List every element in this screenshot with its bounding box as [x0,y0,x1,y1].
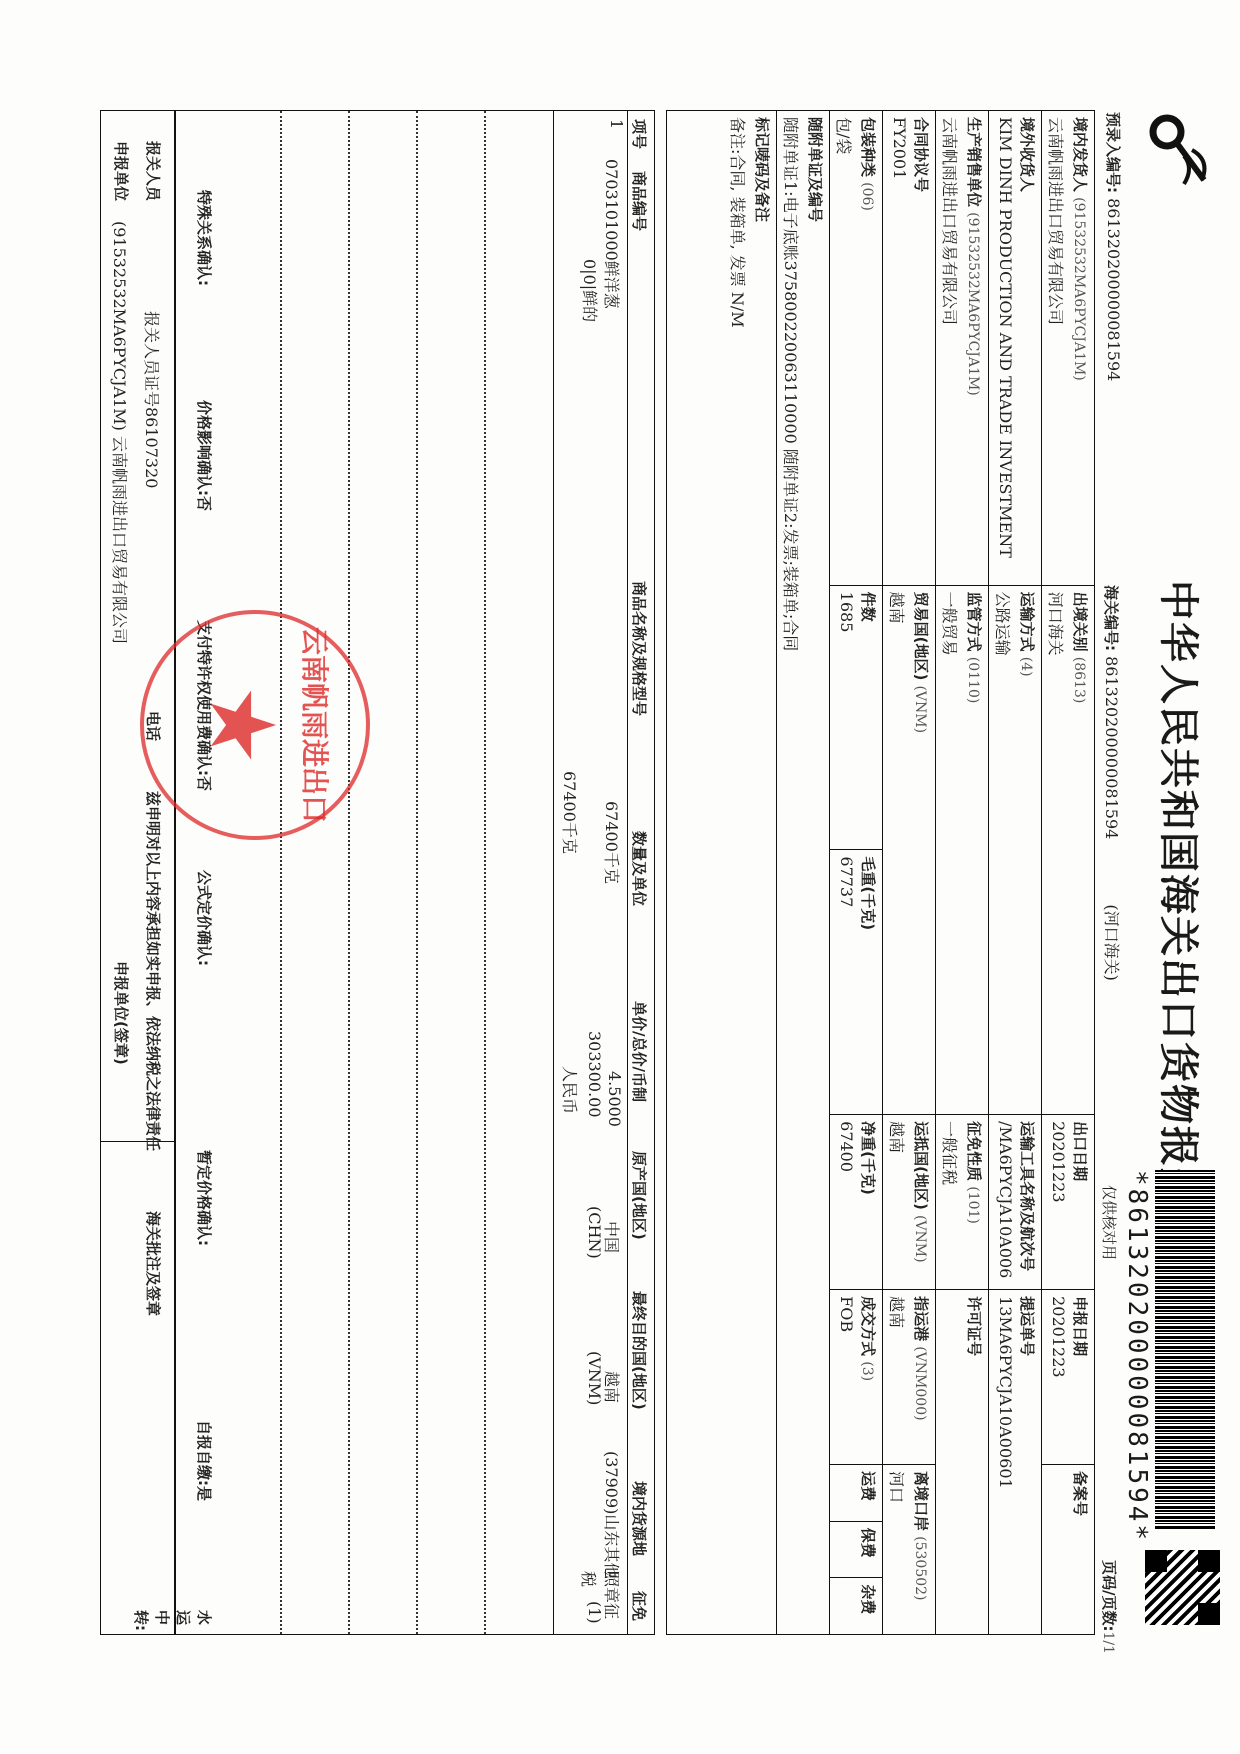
provisional-price-confirm: 暂定价格确认: [194,1150,215,1246]
formula-price-confirm: 公式定价确认: [194,870,215,966]
col-tax-mode: 征免 [629,1591,650,1621]
field-freight: 运费 [830,1465,882,1521]
field-trade-country: 贸易国(地区) (VNM)越南 [883,585,936,1114]
self-pay-confirm: 自报自缴:是 [194,1420,215,1501]
goods-row-divider [416,111,418,1634]
legal-statement: 兹申明对以上内容承担如实申报、依法纳税之法律责任 [143,791,164,1151]
declarer-label: 报关人员 [143,141,164,201]
field-misc-fee: 杂费 [830,1577,882,1634]
field-record-no: 备案号 [1042,1465,1095,1635]
page-indicator: 页码/页数:1/1 [1099,1560,1120,1654]
field-tax-nature: 征免性质 (101)一般征税 [936,1115,989,1290]
preentry-number: 预录入编号: 861320200000081594 [1103,112,1124,381]
col-name-spec: 商品名称及规格型号 [629,581,650,716]
col-final-dest: 最终目的国(地区) [629,1291,650,1410]
col-quantity: 数量及单位 [629,831,650,906]
col-hs-code: 商品编号 [629,171,650,231]
field-producer: 生产销售单位 (91532532MA6PYCJA1M)云南帆雨进出口贸易有限公司 [936,111,989,586]
barcode [1155,1170,1215,1530]
field-deal-mode: 成交方式 (3)FOB [830,1290,883,1465]
field-overseas-consignee: 境外收货人KIM DINH PRODUCTION AND TRADE INVES… [989,111,1042,586]
field-declare-date: 申报日期20201223 [1042,1290,1095,1465]
col-price: 单价/总价/币制 [629,1001,650,1102]
company-seal-stamp: 云南帆雨进出口 ★ [140,610,370,840]
field-gross-weight: 毛重(千克)67737 [830,850,883,1115]
col-item-no: 项号 [629,119,650,149]
price-influence-confirm: 价格影响确认:否 [194,400,215,511]
field-contract-no: 合同协议号FY2001 [883,111,936,586]
field-exit-customs: 出境关别 (8613)河口海关 [1042,585,1095,1114]
field-dest-port: 指运港 (VNM000)越南 [883,1290,936,1465]
goods-row: 1 0703101000鲜洋葱 0|0|鲜的 67400千克 67400千克 4… [554,111,626,1634]
goods-table: 项号 商品编号 商品名称及规格型号 数量及单位 单价/总价/币制 原产国(地区)… [175,110,655,1635]
qr-code-icon [1145,1550,1220,1625]
field-marks-remarks: 标记唛码及备注备注:合同, 装箱单, 发票 N/M [667,111,777,1635]
customs-emblem-icon [1142,110,1212,190]
goods-row-divider [484,111,486,1634]
customs-approval: 海关批注及签章 [143,1211,164,1316]
field-attached-docs: 随附单证及编号随附单证1:电子底账375800220063110000 随附单证… [777,111,830,1635]
field-exit-port: 离境口岸 (530502)河口 [883,1465,936,1635]
footer: 报关人员 报关人员证号86107320 电话 兹申明对以上内容承担如实申报、依法… [100,110,175,1635]
field-transport-mode: 运输方式 (4)公路运输 [989,585,1042,1114]
field-domestic-shipper: 境内发货人 (91532532MA6PYCJA1M)云南帆雨进出口贸易有限公司 [1042,111,1095,586]
field-vehicle-voyage: 运输工具名称及航次号/MA6PYCJA10A006 [989,1115,1042,1290]
barcode-text: *861320200000081594* [1122,1170,1152,1543]
confirmations-row: 特殊关系确认: 价格影响确认:否 支付特许权使用费确认:否 公式定价确认: 暂定… [175,110,235,1635]
field-bill-no: 提运单号13MA6PYCJA10A00601 [989,1290,1042,1635]
field-net-weight: 净重(千克)67400 [830,1115,883,1290]
field-dest-country: 运抵国(地区) (VNM)越南 [883,1115,936,1290]
goods-row-divider [348,111,350,1634]
col-origin: 原产国(地区) [629,1151,650,1240]
header-fields-table: 境内发货人 (91532532MA6PYCJA1M)云南帆雨进出口贸易有限公司 … [666,110,1095,1635]
declaring-unit: (91532532MA6PYCJA1M) 云南帆雨进出口贸易有限公司 [109,221,132,644]
field-license-no: 许可证号 [936,1290,989,1635]
col-source: 境内货源地 [629,1481,650,1556]
field-fees: 运费 保费 杂费 [830,1465,883,1635]
field-package-type: 包装种类 (06)包/袋 [830,111,883,586]
declarer-cert: 报关人员证号86107320 [141,311,164,488]
goods-row-divider [280,111,282,1634]
special-relation-confirm: 特殊关系确认: [194,190,215,286]
customs-declaration-sheet: 中华人民共和国海关出口货物报关单 *861320200000081594* 仅供… [0,0,1240,1754]
customs-number: 海关编号: 861320200000081594 (河口海关) [1101,585,1124,981]
star-icon: ★ [196,614,286,836]
field-export-date: 出口日期20201223 [1042,1115,1095,1290]
field-pieces: 件数1685 [830,585,883,850]
goods-header-row: 项号 商品编号 商品名称及规格型号 数量及单位 单价/总价/币制 原产国(地区)… [628,111,654,1634]
sign-label: 申报单位(签章) [111,961,132,1065]
field-insurance: 保费 [830,1521,882,1578]
verify-note: 仅供核对用 [1099,1185,1120,1260]
page-title: 中华人民共和国海关出口货物报关单 [1153,580,1210,1252]
field-supervision: 监管方式 (0110)一般贸易 [936,585,989,1114]
declaring-unit-label: 申报单位 [111,141,132,201]
